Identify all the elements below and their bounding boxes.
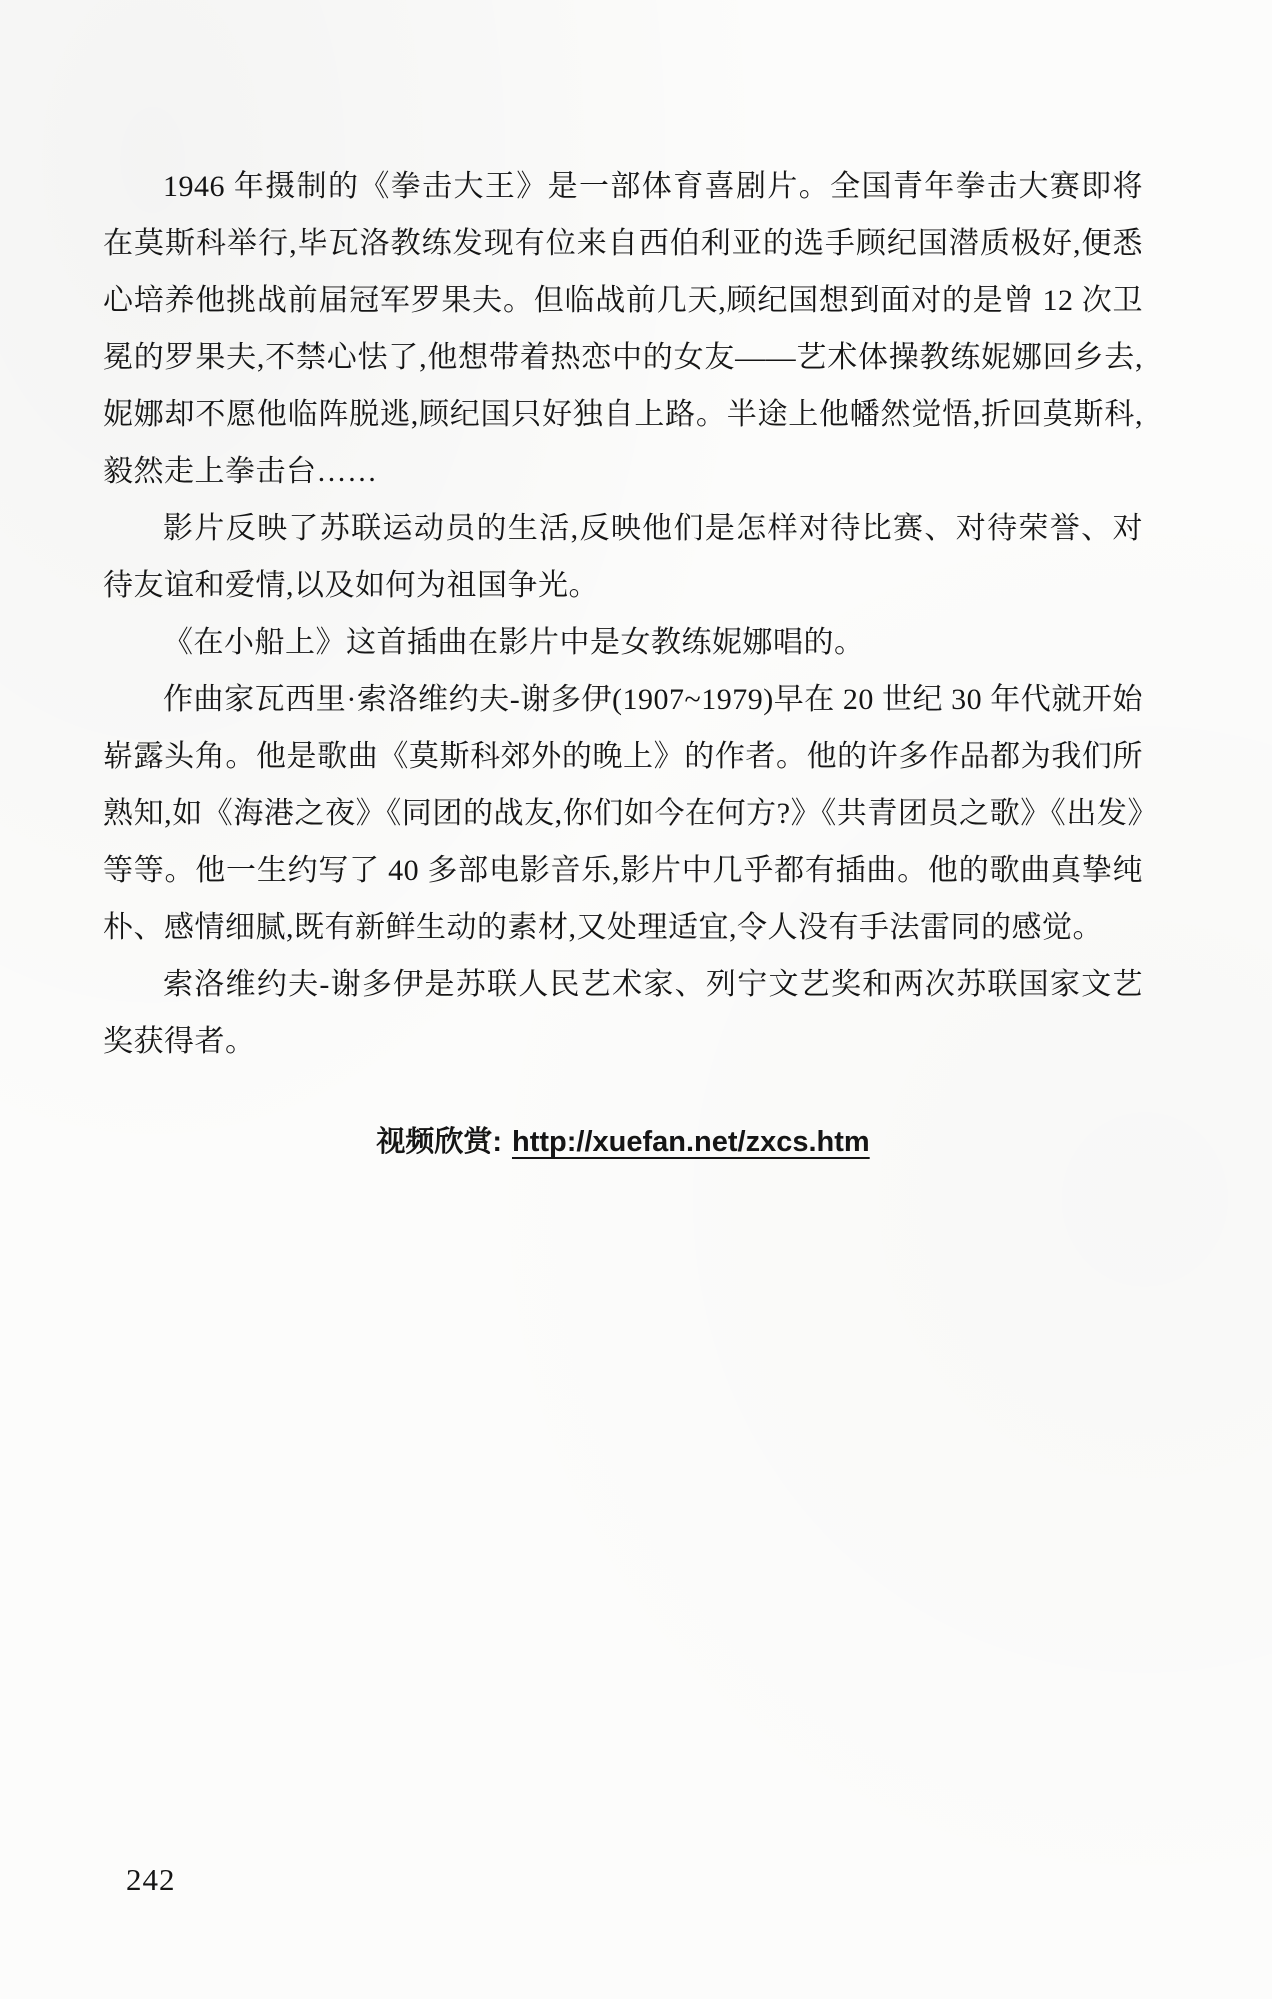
text-block: 1946 年摄制的《拳击大王》是一部体育喜剧片。全国青年拳击大赛即将在莫斯科举行… — [103, 158, 1143, 1162]
video-appreciation-line: 视频欣赏:http://xuefan.net/zxcs.htm — [103, 1122, 1143, 1162]
scanned-book-page: 1946 年摄制的《拳击大王》是一部体育喜剧片。全国青年拳击大赛即将在莫斯科举行… — [0, 0, 1272, 1999]
page-number: 242 — [126, 1862, 176, 1898]
paragraph-song-note: 《在小船上》这首插曲在影片中是女教练妮娜唱的。 — [103, 614, 1143, 671]
paragraph-film-theme: 影片反映了苏联运动员的生活,反映他们是怎样对待比赛、对待荣誉、对待友谊和爱情,以… — [103, 500, 1143, 614]
paragraph-composer-honors: 索洛维约夫-谢多伊是苏联人民艺术家、列宁文艺奖和两次苏联国家文艺奖获得者。 — [103, 956, 1143, 1070]
video-appreciation-label: 视频欣赏: — [376, 1126, 502, 1158]
paragraph-composer-bio: 作曲家瓦西里·索洛维约夫-谢多伊(1907~1979)早在 20 世纪 30 年… — [103, 671, 1143, 956]
paragraph-synopsis: 1946 年摄制的《拳击大王》是一部体育喜剧片。全国青年拳击大赛即将在莫斯科举行… — [103, 158, 1143, 500]
video-url-link[interactable]: http://xuefan.net/zxcs.htm — [512, 1126, 870, 1158]
